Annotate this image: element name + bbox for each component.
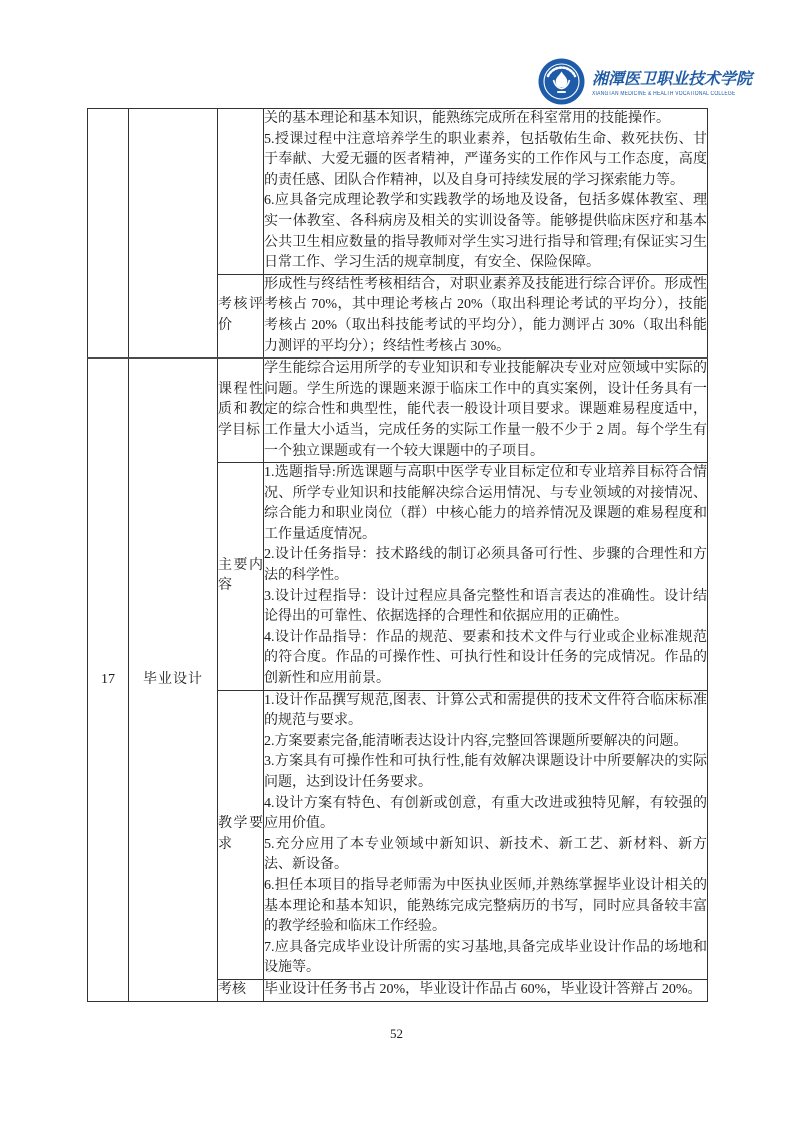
college-emblem-icon — [538, 58, 585, 105]
section-content-cell: 1.设计作品撰写规范,图表、计算公式和需提供的技术文件符合临床标准的规范与要求。… — [264, 690, 708, 979]
course-table: 关的基本理论和基本知识，能熟练完成所在科室常用的技能操作。 5.授课过程中注意培… — [87, 108, 708, 1002]
section-label-cell: 课程性质和教学目标 — [218, 358, 264, 462]
section-content-cell: 形成性与终结性考核相结合，对职业素养及技能进行综合评价。形成性考核占 70%，其… — [264, 274, 708, 358]
table-row: 17 毕业设计 课程性质和教学目标 学生能综合运用所学的专业知识和专业技能解决专… — [88, 358, 708, 462]
section-label-cell: 考核评价 — [218, 274, 264, 358]
college-name-en: XIANGTAN MEDICINE & HEALTH VOCATIONAL CO… — [592, 91, 735, 97]
college-name-cn: 湘潭医卫职业技术学院 — [592, 66, 767, 89]
prev-course-name-cell — [129, 109, 218, 359]
section-content-cell: 关的基本理论和基本知识，能熟练完成所在科室常用的技能操作。 5.授课过程中注意培… — [264, 109, 708, 275]
section-label-cell: 主要内容 — [218, 463, 264, 691]
section-content-cell: 毕业设计任务书占 20%，毕业设计作品占 60%，毕业设计答辩占 20%。 — [264, 979, 708, 1001]
section-label-cell: 教学要求 — [218, 690, 264, 979]
section-content-cell: 学生能综合运用所学的专业知识和专业技能解决专业对应领域中实际的问题。学生所选的课… — [264, 358, 708, 462]
college-logo-text: 湘潭医卫职业技术学院 XIANGTAN MEDICINE & HEALTH VO… — [592, 66, 767, 97]
course-name-cell: 毕业设计 — [129, 358, 218, 1001]
prev-course-number-cell — [88, 109, 129, 359]
section-content-cell: 1.选题指导:所选课题与高职中医学专业目标定位和专业培养目标符合情况、所学专业知… — [264, 463, 708, 691]
course-number-cell: 17 — [88, 358, 129, 1001]
page-number: 52 — [0, 1026, 793, 1042]
section-label-cell — [218, 109, 264, 275]
college-logo: 湘潭医卫职业技术学院 XIANGTAN MEDICINE & HEALTH VO… — [538, 58, 767, 105]
table-row: 关的基本理论和基本知识，能熟练完成所在科室常用的技能操作。 5.授课过程中注意培… — [88, 109, 708, 275]
section-label-cell: 考核 — [218, 979, 264, 1001]
